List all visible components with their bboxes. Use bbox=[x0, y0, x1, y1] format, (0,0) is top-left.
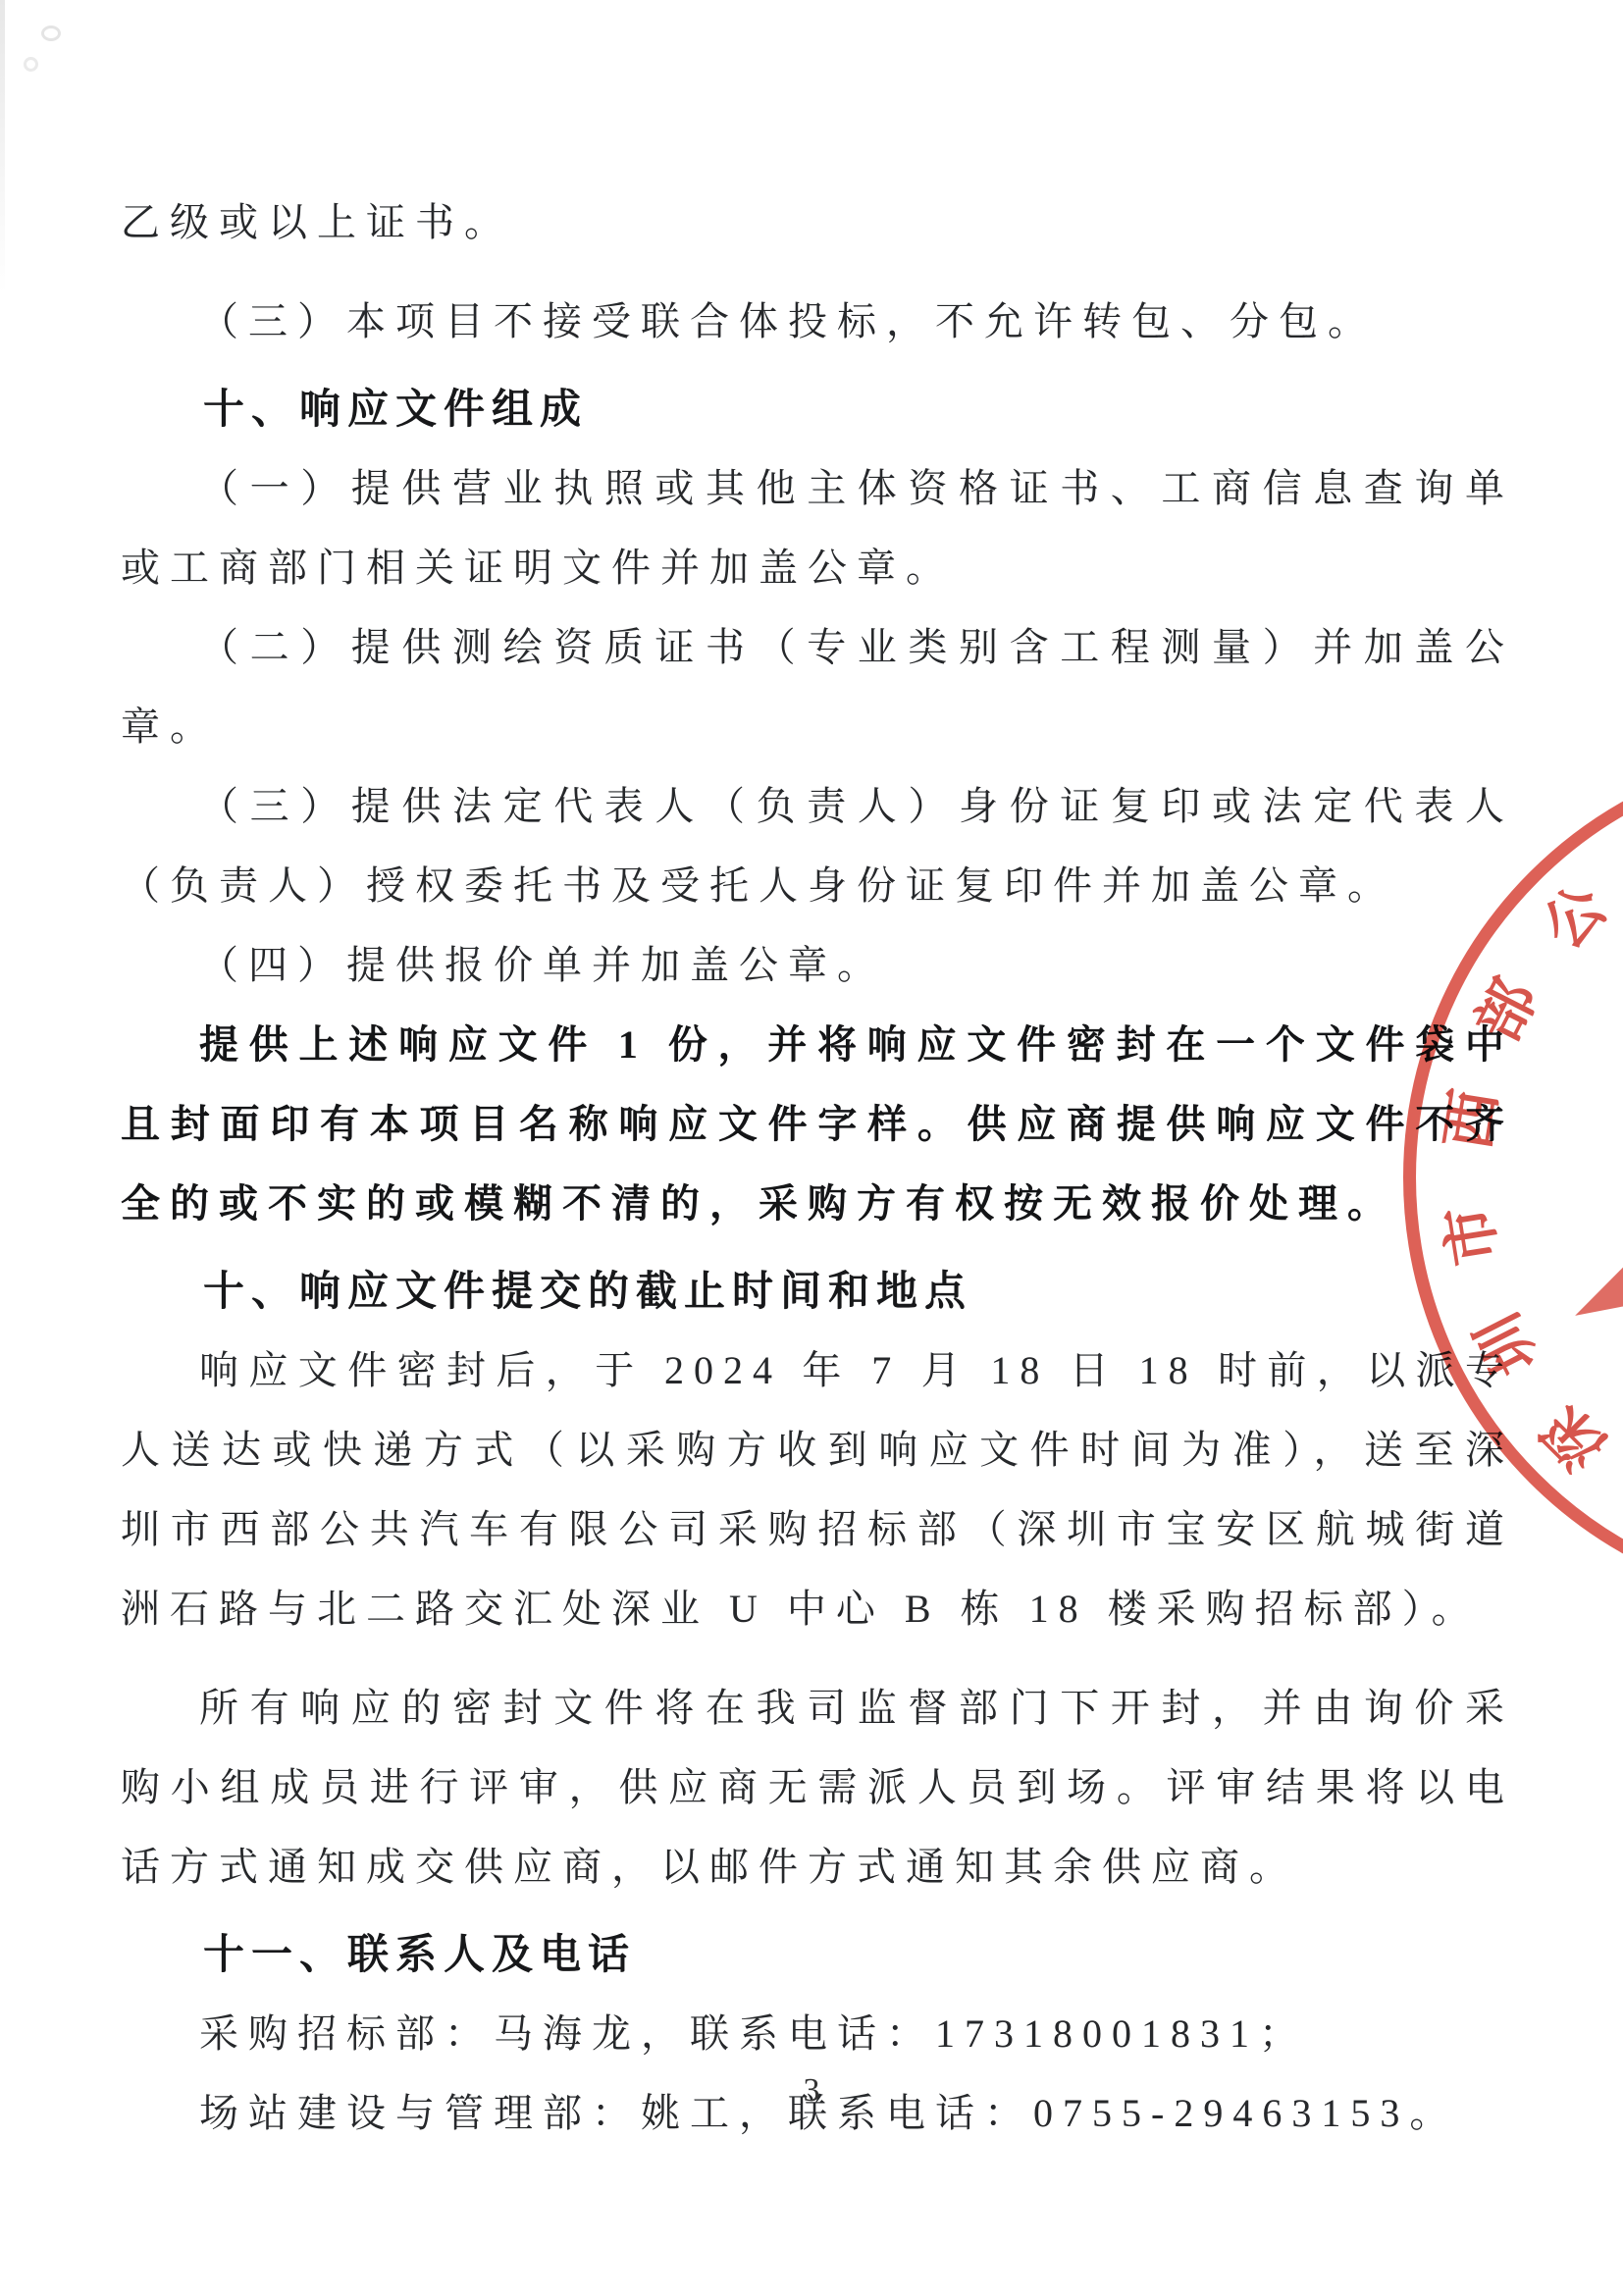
scan-artifact bbox=[24, 57, 38, 72]
scan-artifact bbox=[41, 26, 61, 41]
seal-character: 公 bbox=[1527, 869, 1623, 966]
paragraph-item-4: （四）提供报价单并加盖公章。 bbox=[121, 925, 1514, 1005]
page-number: 3 bbox=[0, 2072, 1623, 2110]
document-body: 乙级或以上证书。 （三）本项目不接受联合体投标，不允许转包、分包。 十、响应文件… bbox=[121, 183, 1514, 2153]
paragraph-certificate-continuation: 乙级或以上证书。 bbox=[121, 183, 1514, 262]
paragraph-no-consortium: （三）本项目不接受联合体投标，不允许转包、分包。 bbox=[121, 282, 1514, 361]
heading-submission-deadline: 十、响应文件提交的截止时间和地点 bbox=[121, 1251, 1514, 1331]
scan-edge-shade bbox=[0, 0, 5, 294]
paragraph-submission: 响应文件密封后，于 2024 年 7 月 18 日 18 时前，以派专人送达或快… bbox=[121, 1331, 1514, 1648]
paragraph-item-2: （二）提供测绘资质证书（专业类别含工程测量）并加盖公章。 bbox=[121, 607, 1514, 766]
paragraph-contact-procurement: 采购招标部：马海龙，联系电话：17318001831； bbox=[121, 1994, 1514, 2073]
paragraph-item-3: （三）提供法定代表人（负责人）身份证复印或法定代表人（负责人）授权委托书及受托人… bbox=[121, 766, 1514, 925]
paragraph-item-1: （一）提供营业执照或其他主体资格证书、工商信息查询单或工商部门相关证明文件并加盖… bbox=[121, 448, 1514, 607]
seal-character: 深 bbox=[1527, 1389, 1623, 1487]
scanned-document-page: { "content": { "line_certificate": "乙级或以… bbox=[0, 0, 1623, 2296]
heading-response-file-composition: 十、响应文件组成 bbox=[121, 369, 1514, 448]
heading-contacts: 十一、联系人及电话 bbox=[121, 1914, 1514, 1994]
paragraph-bold-notice: 提供上述响应文件 1 份，并将响应文件密封在一个文件袋中且封面印有本项目名称响应… bbox=[121, 1005, 1514, 1243]
paragraph-opening-review: 所有响应的密封文件将在我司监督部门下开封，并由询价采购小组成员进行评审，供应商无… bbox=[121, 1668, 1514, 1906]
